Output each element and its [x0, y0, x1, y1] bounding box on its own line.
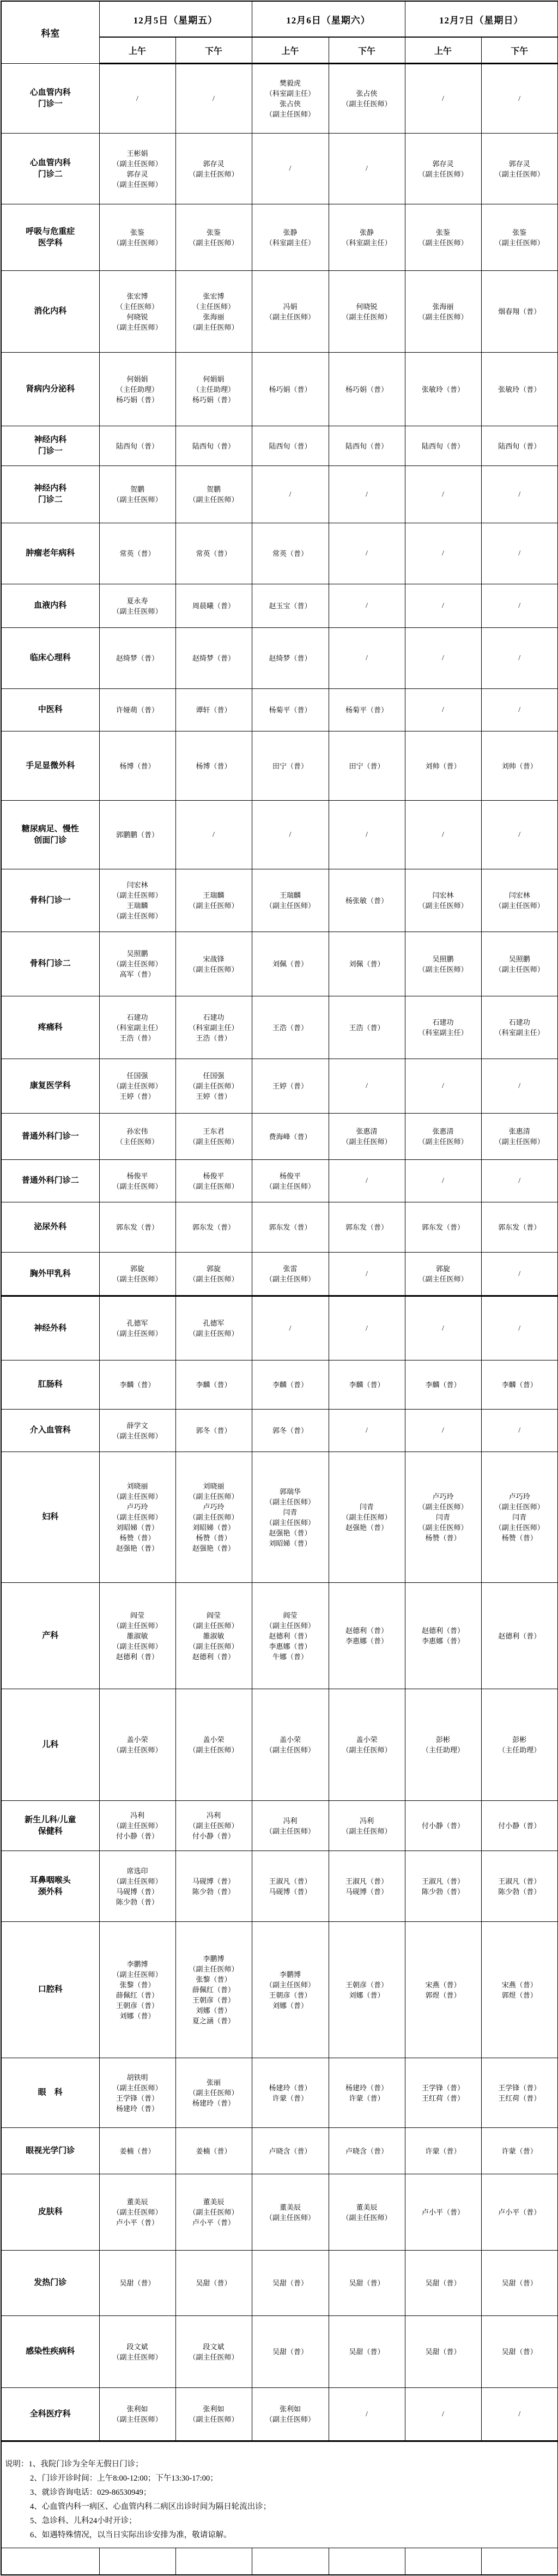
dept-label-line: 临床心理科 — [2, 652, 99, 664]
doctor-line: 王瑞麟 — [177, 890, 251, 900]
schedule-cell: 王彬娟（副主任医师）郭存灵（副主任医师） — [99, 134, 175, 204]
dept-label-line: 新生儿科/儿童 — [2, 1815, 99, 1826]
doctor-line: 郭冬（普） — [177, 1425, 251, 1436]
dept-cell: 全科医疗科 — [1, 2388, 99, 2441]
dept-cell: 康复医学科 — [1, 1059, 99, 1114]
doctor-line: （副主任医师） — [253, 1745, 327, 1755]
am-header: 上午 — [405, 37, 481, 64]
dept-cell: 血液内科 — [1, 584, 99, 628]
dept-label-line: 消化内科 — [2, 306, 99, 317]
table-row: 肛肠科李麟（普）李麟（普）李麟（普）李麟（普）李麟（普）李麟（普） — [1, 1360, 558, 1410]
no-clinic-slash: / — [407, 1081, 480, 1091]
schedule-cell: 任国强（副主任医师）王婷（普） — [99, 1059, 175, 1114]
schedule-cell: 马砚博（普）陈少勃（普） — [175, 1851, 252, 1922]
doctor-line: 赵德利（普） — [101, 1652, 174, 1662]
table-row: 耳鼻咽喉头颈外科席选印（副主任医师）马砚博（普）陈少勃（普）马砚博（普）陈少勃（… — [1, 1851, 558, 1922]
doctor-line: （科室副主任） — [253, 88, 327, 99]
doctor-line: （副主任医师） — [101, 1328, 174, 1339]
doctor-line: （副主任医师） — [253, 1620, 327, 1631]
doctor-line: （科室副主任） — [101, 1023, 174, 1033]
schedule-cell: 闫宏林（副主任医师）王瑞麟（副主任医师） — [99, 869, 175, 932]
schedule-cell: 王东君（副主任医师） — [175, 1114, 252, 1160]
empty-cell — [481, 2548, 558, 2575]
doctor-line: 卢晓含（普） — [330, 2146, 404, 2156]
table-row: 手足显微外科杨博（普）杨博（普）田宁（普）田宁（普）刘帅（普）刘帅（普） — [1, 731, 558, 801]
doctor-line: 贺鹏 — [101, 484, 174, 494]
doctor-line: 杨建玲（普） — [253, 2083, 327, 2093]
schedule-cell: 王淑凡（普）马砚博（普） — [252, 1851, 329, 1922]
doctor-line: （副主任医师） — [177, 900, 251, 911]
dept-label-line: 肿瘤老年病科 — [2, 548, 99, 559]
no-clinic-slash: / — [330, 1176, 404, 1186]
schedule-cell: 王瑞麟（副主任医师） — [175, 869, 252, 932]
doctor-line: （副主任医师） — [253, 1826, 327, 1836]
doctor-line: （副主任医师） — [177, 322, 251, 332]
dept-label-line: 血液内科 — [2, 600, 99, 612]
doctor-line: （副主任医师） — [177, 1328, 251, 1339]
table-row: 感染性疾病科段文斌（副主任医师）段文斌（副主任医师）吴甜（普）吴甜（普）吴甜（普… — [1, 2316, 558, 2388]
no-clinic-slash: / — [483, 2409, 557, 2420]
doctor-line: （副主任医师） — [253, 1497, 327, 1507]
doctor-line: 王浩（普） — [253, 1023, 327, 1033]
no-clinic-slash: / — [407, 489, 480, 500]
doctor-line: 卢巧玲 — [407, 1491, 480, 1502]
schedule-cell: 杨巧娟（普） — [252, 353, 329, 426]
doctor-line: （副主任医师） — [177, 1821, 251, 1831]
doctor-line: 陆西旬（普） — [330, 441, 404, 451]
schedule-cell: 陆西旬（普） — [252, 426, 329, 466]
no-clinic-slash: / — [483, 1176, 557, 1186]
dept-cell: 疼痛科 — [1, 996, 99, 1059]
schedule-cell: 吴甜（普） — [99, 2251, 175, 2316]
doctor-line: （科室副主任） — [407, 1027, 480, 1038]
schedule-cell: 张宏博（主任医师）何晓锐（副主任医师） — [99, 271, 175, 353]
doctor-line: 王红荷（普） — [407, 2093, 480, 2103]
schedule-cell: / — [481, 523, 558, 584]
schedule-cell: 张鉴（副主任医师） — [481, 204, 558, 271]
doctor-line: 刘娜（普） — [177, 2005, 251, 2016]
date-header-sun: 12月7日（星期日） — [405, 1, 558, 37]
doctor-line: 张海丽 — [177, 312, 251, 322]
doctor-line: （副主任医师） — [101, 1181, 174, 1192]
schedule-cell: 刘佩（普） — [252, 932, 329, 996]
schedule-cell: 张敏玲（普） — [405, 353, 481, 426]
doctor-line: 卢巧玲 — [101, 1502, 174, 1512]
doctor-line: （副主任医师） — [177, 494, 251, 505]
schedule-cell: / — [252, 1296, 329, 1360]
schedule-cell: 盖小荣（副主任医师） — [252, 1689, 329, 1801]
no-clinic-slash: / — [483, 1323, 557, 1334]
schedule-cell: 冯利（副主任医师） — [329, 1801, 405, 1851]
no-clinic-slash: / — [407, 548, 480, 559]
schedule-cell: 常英（普） — [99, 523, 175, 584]
doctor-line: 石建功 — [483, 1017, 557, 1027]
empty-cell — [175, 2548, 252, 2575]
dept-cell: 消化内科 — [1, 271, 99, 353]
doctor-line: （副主任医师） — [253, 109, 327, 119]
schedule-cell: 赵德利（普） — [481, 1583, 558, 1689]
dept-label-line: 门诊二 — [2, 169, 99, 180]
schedule-cell: / — [329, 523, 405, 584]
schedule-cell: 张占侠（副主任医师） — [329, 64, 405, 134]
dept-label-line: 保健科 — [2, 1826, 99, 1837]
doctor-line: （副主任医师） — [177, 2414, 251, 2424]
no-clinic-slash: / — [407, 601, 480, 611]
doctor-line: 刘晓丽 — [177, 1481, 251, 1491]
dept-cell: 糖尿病足、慢性创面门诊 — [1, 801, 99, 869]
empty-cell — [99, 2548, 175, 2575]
schedule-cell: 杨巧娟（普） — [329, 353, 405, 426]
doctor-line: （科室副主任） — [483, 1027, 557, 1038]
doctor-line: 李惠娜（普） — [253, 1641, 327, 1652]
doctor-line: 贺鹏 — [177, 484, 251, 494]
schedule-cell: 李麟（普） — [175, 1360, 252, 1410]
doctor-line: 陆西旬（普） — [177, 441, 251, 451]
doctor-line: （副主任医师） — [330, 2212, 404, 2223]
doctor-line: 闫宏林 — [101, 880, 174, 890]
schedule-cell: 赵玉宝（普） — [252, 584, 329, 628]
no-clinic-slash: / — [177, 830, 251, 840]
schedule-cell: / — [252, 801, 329, 869]
doctor-line: 卢小平（普） — [407, 2207, 480, 2217]
doctor-line: 谭轩（普） — [177, 705, 251, 715]
doctor-line: 何晓锐 — [330, 301, 404, 312]
doctor-line: 郭旋 — [407, 1263, 480, 1274]
schedule-cell: 任国强（副主任医师）王婷（普） — [175, 1059, 252, 1114]
dept-cell: 儿科 — [1, 1689, 99, 1801]
schedule-cell: 付小静（普） — [481, 1801, 558, 1851]
date-header-fri: 12月5日（星期五） — [99, 1, 252, 37]
table-row: 康复医学科任国强（副主任医师）王婷（普）任国强（副主任医师）王婷（普）王婷（普）… — [1, 1059, 558, 1114]
schedule-cell: / — [481, 466, 558, 523]
doctor-line: 郭鹏鹏（普） — [101, 830, 174, 840]
doctor-line: （副主任医师） — [253, 2212, 327, 2223]
dept-label-line: 颈外科 — [2, 1886, 99, 1898]
dept-label-line: 普通外科门诊二 — [2, 1175, 99, 1187]
doctor-line: 闫宏林 — [483, 890, 557, 900]
table-row: 血液内科夏永寿（副主任医师）周晨曦（普）赵玉宝（普）/// — [1, 584, 558, 628]
dept-label-line: 心血管内科 — [2, 87, 99, 99]
doctor-line: （副主任医师） — [177, 1274, 251, 1284]
doctor-line: 杨巧娟（普） — [253, 384, 327, 395]
doctor-line: 刘昭娣（普） — [253, 1538, 327, 1549]
doctor-line: （副主任医师） — [483, 1136, 557, 1147]
schedule-cell: / — [405, 1296, 481, 1360]
schedule-cell: 王瑞麟（副主任医师） — [252, 869, 329, 932]
doctor-line: 孔德军 — [101, 1318, 174, 1328]
doctor-line: 赵绮梦（普） — [177, 653, 251, 663]
schedule-cell: 闫青（副主任医师）赵强艳（普） — [329, 1452, 405, 1583]
doctor-line: 杨俊平 — [101, 1171, 174, 1181]
no-clinic-slash: / — [330, 489, 404, 500]
schedule-cell: 冯利（副主任医师）付小静（普） — [175, 1801, 252, 1851]
schedule-cell: 冯利（副主任医师） — [252, 1801, 329, 1851]
doctor-line: （副主任医师） — [177, 1181, 251, 1192]
dept-cell: 耳鼻咽喉头颈外科 — [1, 1851, 99, 1922]
no-clinic-slash: / — [330, 1081, 404, 1091]
schedule-cell: / — [99, 64, 175, 134]
doctor-line: 陆西旬（普） — [483, 441, 557, 451]
dept-label-line: 肛肠科 — [2, 1379, 99, 1390]
schedule-cell: / — [329, 584, 405, 628]
schedule-cell: / — [481, 801, 558, 869]
doctor-line: 刘娜（普） — [253, 2000, 327, 2011]
schedule-cell: 陆西旬（普） — [405, 426, 481, 466]
schedule-cell: / — [175, 64, 252, 134]
doctor-line: 宋燕（普） — [407, 1980, 480, 1990]
schedule-cell: 卢晓含（普） — [329, 2128, 405, 2174]
doctor-line: 王彬娟 — [101, 148, 174, 159]
doctor-line: 张占侠 — [330, 88, 404, 99]
schedule-cell: 张敏玲（普） — [481, 353, 558, 426]
schedule-cell: / — [329, 628, 405, 689]
no-clinic-slash: / — [253, 1323, 327, 1334]
schedule-cell: 郭鹏鹏（普） — [99, 801, 175, 869]
no-clinic-slash: / — [330, 1269, 404, 1279]
dept-column-header: 科室 — [1, 1, 99, 64]
schedule-cell: 郭东发（普） — [175, 1202, 252, 1253]
doctor-line: 周晨曦（普） — [177, 601, 251, 611]
doctor-line: 胡铁明 — [101, 2072, 174, 2083]
doctor-line: 宋战锋 — [177, 954, 251, 964]
schedule-cell: 李麟（普） — [329, 1360, 405, 1410]
doctor-line: 王淑凡（普） — [407, 1876, 480, 1886]
doctor-line: （副主任医师） — [253, 1517, 327, 1528]
doctor-line: 高军（普） — [101, 969, 174, 979]
doctor-line: 王朝彦（普） — [177, 1995, 251, 2005]
doctor-line: （副主任医师） — [407, 1136, 480, 1147]
doctor-line: （副主任医师） — [177, 1641, 251, 1652]
schedule-cell: 李鹏博（副主任医师）张黎（普）薛佩红（普）王朝彦（普）刘娜（普） — [99, 1922, 175, 2058]
doctor-line: 李惠娜（普） — [407, 1636, 480, 1646]
dept-label-line: 康复医学科 — [2, 1080, 99, 1092]
note-line: 3、就诊咨询电话：029-86530949； — [5, 2486, 553, 2500]
doctor-line: 张静 — [253, 227, 327, 238]
doctor-line: 樊毅虎 — [253, 78, 327, 88]
doctor-line: 杨俊平 — [177, 1171, 251, 1181]
schedule-cell: / — [329, 466, 405, 523]
no-clinic-slash: / — [407, 1176, 480, 1186]
schedule-cell: 董美辰（副主任医师）卢小平（普） — [175, 2174, 252, 2251]
doctor-line: 赵德利（普） — [330, 1625, 404, 1636]
doctor-line: 赵绮梦（普） — [253, 653, 327, 663]
schedule-cell: / — [252, 134, 329, 204]
schedule-cell: 王淑凡（普）陈少勃（普） — [405, 1851, 481, 1922]
schedule-cell: 赵绮梦（普） — [175, 628, 252, 689]
schedule-cell: 刘佩（普） — [329, 932, 405, 996]
schedule-cell: 王学锋（普）王红荷（普） — [405, 2058, 481, 2128]
doctor-line: 陈少勃（普） — [177, 1886, 251, 1897]
doctor-line: 王红荷（普） — [483, 2093, 557, 2103]
schedule-cell: 杨建玲（普）许蒙（普） — [329, 2058, 405, 2128]
schedule-cell: / — [481, 1296, 558, 1360]
doctor-line: 吴照鹏 — [407, 954, 480, 964]
schedule-cell: 卢小平（普） — [481, 2174, 558, 2251]
doctor-line: 冯利 — [177, 1810, 251, 1821]
dept-cell: 肾病内分泌科 — [1, 353, 99, 426]
doctor-line: 张鉴 — [101, 227, 174, 238]
schedule-cell: / — [329, 1410, 405, 1452]
schedule-cell: / — [405, 523, 481, 584]
schedule-cell: 李鹏博（副主任医师）王朝彦（普）刘娜（普） — [252, 1922, 329, 2058]
dept-label-line: 产科 — [2, 1630, 99, 1642]
no-clinic-slash: / — [253, 489, 327, 500]
dept-label-line: 骨科门诊二 — [2, 958, 99, 970]
schedule-cell: 李麟（普） — [99, 1360, 175, 1410]
doctor-line: 刘帅（普） — [407, 761, 480, 771]
doctor-line: 董美辰 — [177, 2197, 251, 2207]
schedule-cell: 盖小荣（副主任医师） — [329, 1689, 405, 1801]
dept-label-line: 耳鼻咽喉头 — [2, 1875, 99, 1886]
doctor-line: 郭东发（普） — [253, 1222, 327, 1232]
doctor-line: 雒淑敏 — [177, 1631, 251, 1641]
dept-cell: 骨科门诊一 — [1, 869, 99, 932]
doctor-line: 石建功 — [407, 1017, 480, 1027]
schedule-cell: 杨俊平（副主任医师） — [252, 1160, 329, 1202]
doctor-line: 赵强艳（普） — [101, 1543, 174, 1553]
schedule-cell: / — [405, 801, 481, 869]
table-row: 儿科盖小荣（副主任医师）盖小荣（副主任医师）盖小荣（副主任医师）盖小荣（副主任医… — [1, 1689, 558, 1801]
schedule-cell: 许蒙（普） — [481, 2128, 558, 2174]
schedule-cell: 宋燕（普）郭煜（普） — [481, 1922, 558, 2058]
doctor-line: （副主任医师） — [101, 159, 174, 169]
doctor-line: 陈少勃（普） — [101, 1897, 174, 1907]
schedule-cell: 孔德军（副主任医师） — [175, 1296, 252, 1360]
schedule-cell: 张惠清（副主任医师） — [405, 1114, 481, 1160]
dept-cell: 新生儿科/儿童保健科 — [1, 1801, 99, 1851]
schedule-cell: 吴照鹏（副主任医师） — [405, 932, 481, 996]
doctor-line: 郭存灵 — [101, 169, 174, 179]
dept-label-line: 皮肤科 — [2, 2206, 99, 2218]
dept-cell: 眼 科 — [1, 2058, 99, 2128]
table-row: 皮肤科董美辰（副主任医师）卢小平（普）董美辰（副主任医师）卢小平（普）董美辰（副… — [1, 2174, 558, 2251]
doctor-line: 何娟娟 — [101, 374, 174, 384]
doctor-line: （主任医师） — [101, 301, 174, 312]
doctor-line: 阎莹 — [177, 1610, 251, 1620]
dept-cell: 呼吸与危重症医学科 — [1, 204, 99, 271]
schedule-cell: / — [481, 1160, 558, 1202]
doctor-line: 冯利 — [253, 1816, 327, 1826]
doctor-line: 李鹏博 — [253, 1969, 327, 1980]
doctor-line: （主任助理） — [407, 1745, 480, 1755]
schedule-cell: 闫宏林（副主任医师） — [481, 869, 558, 932]
schedule-cell: 郭存灵（副主任医师） — [481, 134, 558, 204]
note-line: 4、心血管内科一病区、心血管内科二病区出诊时间为隔日轮流出诊； — [5, 2500, 553, 2514]
doctor-line: 赵绮梦（普） — [101, 653, 174, 663]
doctor-line: 王学锋（普） — [407, 2083, 480, 2093]
doctor-line: 刘佩（普） — [253, 959, 327, 969]
table-row: 骨科门诊一闫宏林（副主任医师）王瑞麟（副主任医师）王瑞麟（副主任医师）王瑞麟（副… — [1, 869, 558, 932]
doctor-line: 王浩（普） — [101, 1033, 174, 1043]
schedule-cell: 吴照鹏（副主任医师）高军（普） — [99, 932, 175, 996]
no-clinic-slash: / — [330, 164, 404, 174]
schedule-cell: 张丽（副主任医师）杨建玲（普） — [175, 2058, 252, 2128]
doctor-line: （副主任医师） — [101, 1491, 174, 1502]
schedule-cell: 张海丽（副主任医师） — [405, 271, 481, 353]
doctor-line: 马砚博（普） — [330, 1886, 404, 1897]
doctor-line: 张黎（普） — [177, 1974, 251, 1985]
doctor-line: （副主任医师） — [483, 238, 557, 248]
doctor-line: 王朝彦（普） — [330, 1980, 404, 1990]
doctor-line: 吴甜（普） — [101, 2278, 174, 2288]
no-clinic-slash: / — [407, 1425, 480, 1436]
schedule-cell: 田宁（普） — [329, 731, 405, 801]
doctor-line: 盖小荣 — [330, 1734, 404, 1745]
doctor-line: 任国强 — [177, 1071, 251, 1081]
schedule-cell: 王学锋（普）王红荷（普） — [481, 2058, 558, 2128]
doctor-line: 张黎（普） — [101, 1980, 174, 1990]
doctor-line: （副主任医师） — [483, 900, 557, 911]
no-clinic-slash: / — [407, 1323, 480, 1334]
doctor-line: （副主任医师） — [407, 1522, 480, 1533]
doctor-line: 李鹏博 — [101, 1959, 174, 1969]
doctor-line: 陈少勃（普） — [407, 1886, 480, 1897]
table-row: 神经外科孔德军（副主任医师）孔德军（副主任医师）//// — [1, 1296, 558, 1360]
doctor-line: 段文斌 — [177, 2342, 251, 2352]
doctor-line: 牛娜（普） — [253, 1652, 327, 1662]
doctor-line: （副主任医师） — [101, 606, 174, 616]
doctor-line: 陆西旬（普） — [101, 441, 174, 451]
schedule-cell: 张静（科室副主任） — [252, 204, 329, 271]
schedule-cell: 刘帅（普） — [405, 731, 481, 801]
dept-label-line: 手足显微外科 — [2, 760, 99, 772]
schedule-cell: 张利如（副主任医师） — [175, 2388, 252, 2441]
schedule-cell: 郭东发（普） — [99, 1202, 175, 1253]
schedule-cell: 董美辰（副主任医师）卢小平（普） — [99, 2174, 175, 2251]
schedule-cell: 李麟（普） — [481, 1360, 558, 1410]
doctor-line: （主任医师） — [101, 1136, 174, 1147]
schedule-cell: 吴甜（普） — [329, 2251, 405, 2316]
doctor-line: 薛佩红（普） — [101, 1990, 174, 2000]
no-clinic-slash: / — [330, 1323, 404, 1334]
schedule-cell: / — [329, 134, 405, 204]
no-clinic-slash: / — [330, 601, 404, 611]
table-row: 骨科门诊二吴照鹏（副主任医师）高军（普）宋战锋（副主任医师）刘佩（普）刘佩（普）… — [1, 932, 558, 996]
doctor-line: 雒淑敏 — [101, 1631, 174, 1641]
dept-cell: 介入血管科 — [1, 1410, 99, 1452]
doctor-line: 王婷（普） — [101, 1091, 174, 1102]
doctor-line: 薛学文 — [101, 1420, 174, 1431]
dept-cell: 肿瘤老年病科 — [1, 523, 99, 584]
schedule-cell: / — [405, 584, 481, 628]
no-clinic-slash: / — [407, 830, 480, 840]
schedule-cell: 郭东发（普） — [481, 1202, 558, 1253]
doctor-line: 陆西旬（普） — [253, 441, 327, 451]
doctor-line: 王朝彦（普） — [253, 1990, 327, 2000]
doctor-line: 赵强艳（普） — [330, 1522, 404, 1533]
schedule-cell: 阎莹（副主任医师）雒淑敏（副主任医师）赵德利（普） — [175, 1583, 252, 1689]
doctor-line: 李麟（普） — [407, 1380, 480, 1390]
schedule-cell: 吴甜（普） — [175, 2251, 252, 2316]
doctor-line: 吴照鹏 — [483, 954, 557, 964]
doctor-line: （副主任医师） — [253, 2414, 327, 2424]
schedule-cell: / — [481, 689, 558, 731]
doctor-line: 任国强 — [101, 1071, 174, 1081]
doctor-line: 张鉴 — [483, 227, 557, 238]
schedule-cell: 宋燕（普）郭煜（普） — [405, 1922, 481, 2058]
schedule-cell: 姜楠（普） — [99, 2128, 175, 2174]
note-line: 说明：1、我院门诊为全年无假日门诊； — [5, 2457, 553, 2471]
dept-label-line: 神经内科 — [2, 434, 99, 446]
empty-row — [1, 2548, 558, 2575]
doctor-line: 刘昭娣（普） — [101, 1522, 174, 1533]
dept-label-line: 门诊一 — [2, 446, 99, 457]
schedule-cell: 石建功（科室副主任）王浩（普） — [99, 996, 175, 1059]
table-row: 新生儿科/儿童保健科冯利（副主任医师）付小静（普）冯利（副主任医师）付小静（普）… — [1, 1801, 558, 1851]
doctor-line: （副主任医师） — [177, 2088, 251, 2098]
dept-label-line: 妇科 — [2, 1511, 99, 1523]
schedule-cell: 陆西旬（普） — [329, 426, 405, 466]
